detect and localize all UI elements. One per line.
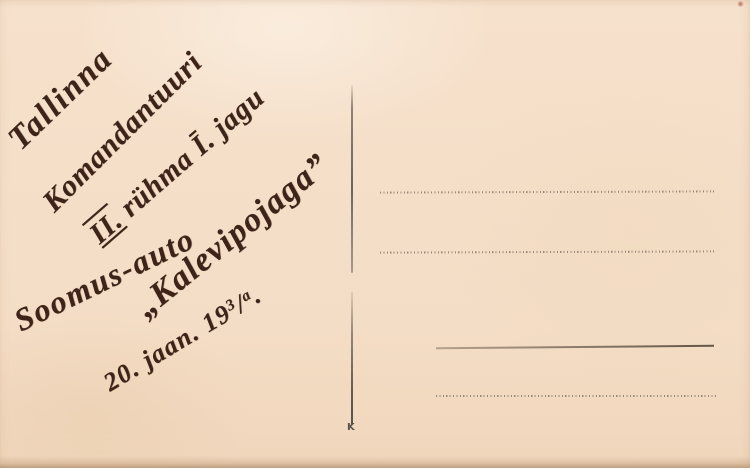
address-dotted-line-3 — [436, 395, 717, 397]
paper-speck-top-right — [737, 1, 744, 7]
printer-mark-k: K — [347, 422, 355, 433]
address-dotted-line-2 — [380, 250, 714, 253]
center-divider-line-upper-segment — [351, 85, 353, 273]
postcard-back: Tallinna Komandantuuri II. rühma Ī. jagu… — [0, 0, 750, 468]
address-dotted-line-1 — [380, 190, 714, 193]
center-divider-line-lower-segment — [351, 292, 353, 425]
address-solid-line — [436, 345, 714, 349]
photo-bottom-edge-shade — [0, 456, 750, 468]
date-prefix: 20. jaan. 19 — [98, 298, 236, 397]
